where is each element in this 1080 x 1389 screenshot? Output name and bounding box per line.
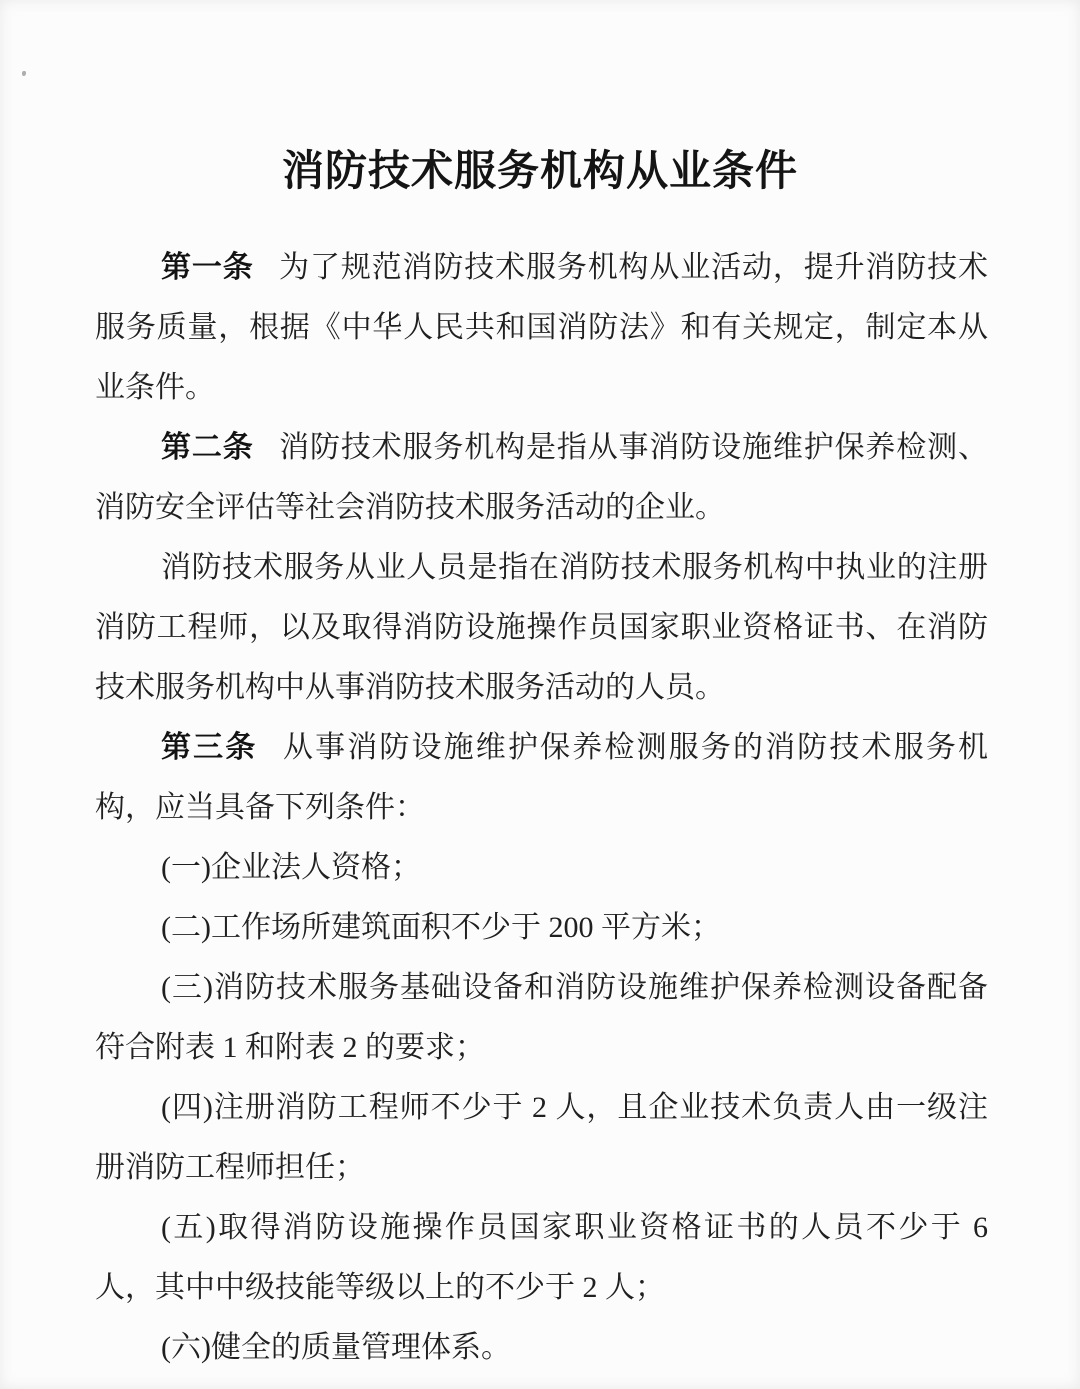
- article-2-paragraph: 第二条消防技术服务机构是指从事消防设施维护保养检测、消防安全评估等社会消防技术服…: [95, 418, 988, 538]
- condition-item-4-text: (四)注册消防工程师不少于 2 人，且企业技术负责人由一级注册消防工程师担任；: [95, 1091, 988, 1184]
- article-3-lead: 第三条: [161, 731, 257, 764]
- condition-item-2: (二)工作场所建筑面积不少于 200 平方米；: [95, 898, 988, 958]
- article-2-lead: 第二条: [161, 431, 254, 464]
- condition-item-1: (一)企业法人资格；: [95, 838, 988, 898]
- condition-item-3: (三)消防技术服务基础设备和消防设施维护保养检测设备配备符合附表 1 和附表 2…: [95, 958, 988, 1078]
- condition-item-5: (五)取得消防设施操作员国家职业资格证书的人员不少于 6 人，其中中级技能等级以…: [95, 1198, 988, 1318]
- condition-item-2-text: (二)工作场所建筑面积不少于 200 平方米；: [161, 911, 721, 944]
- document-body: 第一条为了规范消防技术服务机构从业活动，提升消防技术服务质量，根据《中华人民共和…: [0, 238, 1080, 1378]
- scanned-document-page: 消防技术服务机构从业条件 第一条为了规范消防技术服务机构从业活动，提升消防技术服…: [0, 0, 1080, 1389]
- condition-item-6: (六)健全的质量管理体系。: [95, 1318, 988, 1378]
- condition-item-5-text: (五)取得消防设施操作员国家职业资格证书的人员不少于 6 人，其中中级技能等级以…: [95, 1211, 988, 1304]
- article-2-continuation-paragraph: 消防技术服务从业人员是指在消防技术服务机构中执业的注册消防工程师，以及取得消防设…: [95, 538, 988, 718]
- condition-item-3-text: (三)消防技术服务基础设备和消防设施维护保养检测设备配备符合附表 1 和附表 2…: [95, 971, 988, 1064]
- article-1-lead: 第一条: [161, 251, 254, 284]
- document-title: 消防技术服务机构从业条件: [0, 0, 1080, 198]
- article-3-paragraph: 第三条从事消防设施维护保养检测服务的消防技术服务机构，应当具备下列条件：: [95, 718, 988, 838]
- condition-item-1-text: (一)企业法人资格；: [161, 851, 421, 884]
- condition-item-6-text: (六)健全的质量管理体系。: [161, 1331, 511, 1364]
- article-2-continuation-text: 消防技术服务从业人员是指在消防技术服务机构中执业的注册消防工程师，以及取得消防设…: [95, 551, 988, 704]
- article-1-paragraph: 第一条为了规范消防技术服务机构从业活动，提升消防技术服务质量，根据《中华人民共和…: [95, 238, 988, 418]
- condition-item-4: (四)注册消防工程师不少于 2 人，且企业技术负责人由一级注册消防工程师担任；: [95, 1078, 988, 1198]
